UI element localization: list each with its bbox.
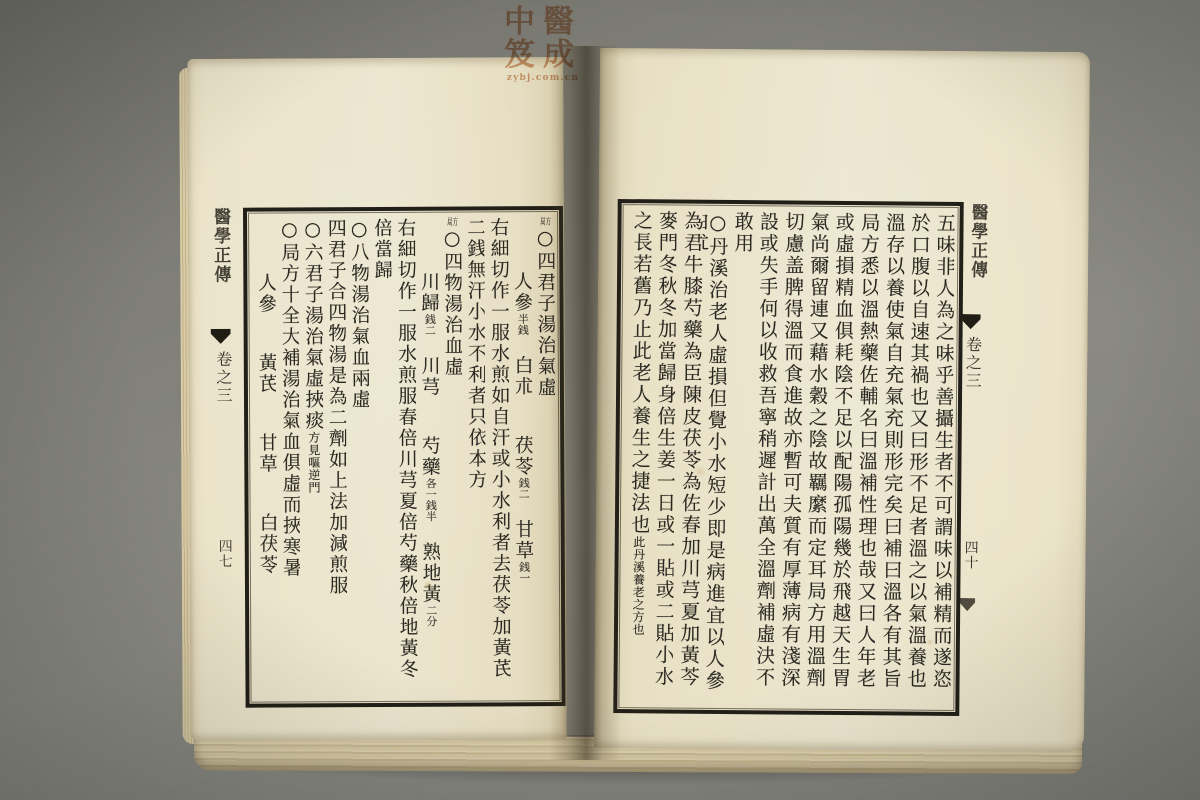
- column-text: 右細切作一服水煎如自汗或小水利者去茯苓加黃芪: [488, 217, 511, 679]
- fishtail-mark: [211, 329, 231, 344]
- drug-amount: 銭二: [517, 477, 530, 499]
- text-column: 四君子合四物湯是為二劑如上法加減煎服: [322, 218, 348, 696]
- drug-name: 熟地黃: [419, 542, 440, 605]
- inline-annotation: 方見嘔逆門: [307, 431, 321, 494]
- drug-entry: 白朮: [513, 355, 532, 397]
- juan-label: 卷之三: [212, 351, 235, 405]
- drug-name: 白朮: [512, 355, 534, 397]
- photo-backdrop: 醫學正傳 卷之三 四七 局方○四君子湯治氣虛人參半銭白朮茯苓銭二甘草銭一右細切作…: [0, 0, 1200, 800]
- text-column: 五味非人為之味乎善攝生者不可謂味以補精而遂恣: [925, 213, 954, 705]
- left-page: 醫學正傳 卷之三 四七 局方○四君子湯治氣虛人參半銭白朮茯苓銭二甘草銭一右細切作…: [187, 57, 567, 741]
- drug-amount: 半銭: [516, 313, 529, 335]
- left-text-frame: 局方○四君子湯治氣虛人參半銭白朮茯苓銭二甘草銭一右細切作一服水煎如自汗或小水利者…: [243, 206, 566, 708]
- drug-name: 人參: [511, 271, 533, 313]
- drug-name: 黃芪: [256, 353, 278, 395]
- inline-annotation: 此丹溪養老之方也: [631, 536, 646, 636]
- drug-entry: 白茯苓: [258, 513, 277, 576]
- recipe-heading-column: ○局方十全大補湯治氣血俱虛而挾寒暑: [275, 218, 301, 696]
- recipe-heading-column: 局方○四物湯治血虛: [438, 218, 464, 696]
- column-text: 之長若舊乃止此老人養生之捷法也: [628, 210, 652, 536]
- column-text: 倍當歸: [371, 218, 393, 281]
- drug-name: 人參: [255, 273, 277, 315]
- book-title-label: 醫學正傳: [965, 204, 988, 280]
- recipe-heading-column: 局方○四君子湯治氣虛: [531, 217, 557, 695]
- column-text: 敢用: [731, 211, 752, 255]
- column-text: ○丹溪治老人虛損但覺小水短少即是病進宜以人參白朮: [698, 211, 727, 692]
- drug-entry: 甘草銭一: [513, 519, 532, 583]
- column-text: 右細切作一服水煎服春倍川芎夏倍芍藥秋倍地黃冬: [395, 218, 418, 680]
- drug-amount: 二分: [425, 605, 438, 627]
- recipe-heading-column: ○六君子湯治氣虛挾痰方見嘔逆門: [299, 218, 325, 696]
- column-text: 二銭無汗小水不利者只依本方: [464, 217, 487, 490]
- drug-amount: 各一銭半: [424, 478, 437, 522]
- column-text: ○四君子湯治氣虛: [534, 227, 556, 398]
- drug-entry: 人參: [256, 273, 275, 315]
- juan-label: 卷之三: [961, 336, 984, 390]
- text-column: 設或失手何以收救吾寧稍遲計出萬全溫劑補虛決不: [749, 211, 778, 703]
- drug-entry: 黃芪: [257, 353, 276, 395]
- text-column: 倍當歸: [368, 218, 394, 696]
- fishtail-mark: [961, 314, 981, 329]
- column-text: ○四物湯治血虛: [441, 228, 463, 378]
- drug-entry: 茯苓銭二: [513, 435, 532, 499]
- right-page-columns: 五味非人為之味乎善攝生者不可謂味以補精而遂恣於口腹以自速其禍也又曰形不足者溫之以…: [622, 210, 954, 705]
- drug-entry: 甘草: [257, 433, 276, 475]
- left-folio-strip: 醫學正傳 卷之三 四七: [199, 209, 244, 699]
- book-title-label: 醫學正傳: [208, 207, 233, 284]
- drug-entry: 芍藥各一銭半: [420, 436, 439, 522]
- small-fishtail-mark: [959, 598, 975, 611]
- formulary-source-tag: 局方: [447, 218, 458, 228]
- ingredient-column: 川歸銭二川芎芍藥各一銭半熟地黃二分: [415, 218, 441, 696]
- text-column: 右細切作一服水煎如自汗或小水利者去茯苓加黃芪: [485, 217, 511, 695]
- formulary-source-tag: 局方: [540, 217, 551, 227]
- ingredient-column: 人參半銭白朮茯苓銭二甘草銭一: [508, 217, 534, 695]
- drug-amount: 銭一: [518, 561, 531, 583]
- drug-name: 甘草: [256, 433, 277, 475]
- text-column: 右細切作一服水煎服春倍川芎夏倍芍藥秋倍地黃冬: [392, 218, 418, 696]
- right-page: 醫學正傳 卷之三 四十 五味非人為之味乎善攝生者不可謂味以補精而遂恣於口腹以自速…: [594, 48, 1090, 752]
- drug-name: 茯苓: [512, 435, 533, 477]
- text-column: 二銭無汗小水不利者只依本方: [461, 217, 487, 695]
- drug-entry: 川歸銭二: [419, 272, 438, 336]
- drug-name: 川芎: [419, 356, 441, 398]
- left-page-columns: 局方○四君子湯治氣虛人參半銭白朮茯苓銭二甘草銭一右細切作一服水煎如自汗或小水利者…: [252, 217, 556, 697]
- drug-name: 芍藥: [419, 436, 440, 478]
- column-text: 五味非人為之味乎善攝生者不可謂味以補精而遂恣: [929, 213, 954, 691]
- drug-name: 白茯苓: [257, 513, 278, 576]
- drug-entry: 人參半銭: [512, 271, 531, 335]
- folio-page-number: 四七: [215, 539, 235, 569]
- column-text: ○八物湯治氣血兩虛: [348, 218, 371, 410]
- drug-entry: 川芎: [420, 356, 439, 398]
- drug-name: 川歸: [418, 272, 440, 314]
- ingredient-column: 人參黃芪甘草白茯苓: [252, 219, 278, 697]
- column-text: ○局方十全大補湯治氣血俱虛而挾寒暑: [278, 218, 301, 578]
- column-text: ○六君子湯治氣虛挾痰: [302, 218, 325, 431]
- drug-entry: 熟地黃二分: [420, 542, 439, 627]
- folio-page-number: 四十: [961, 540, 981, 570]
- recipe-heading-column: ○八物湯治氣血兩虛: [345, 218, 371, 696]
- drug-name: 甘草: [512, 519, 533, 561]
- right-text-frame: 五味非人為之味乎善攝生者不可謂味以補精而遂恣於口腹以自速其禍也又曰形不足者溫之以…: [613, 199, 963, 716]
- drug-amount: 銭二: [423, 314, 436, 336]
- column-text: 四君子合四物湯是為二劑如上法加減煎服: [325, 218, 348, 596]
